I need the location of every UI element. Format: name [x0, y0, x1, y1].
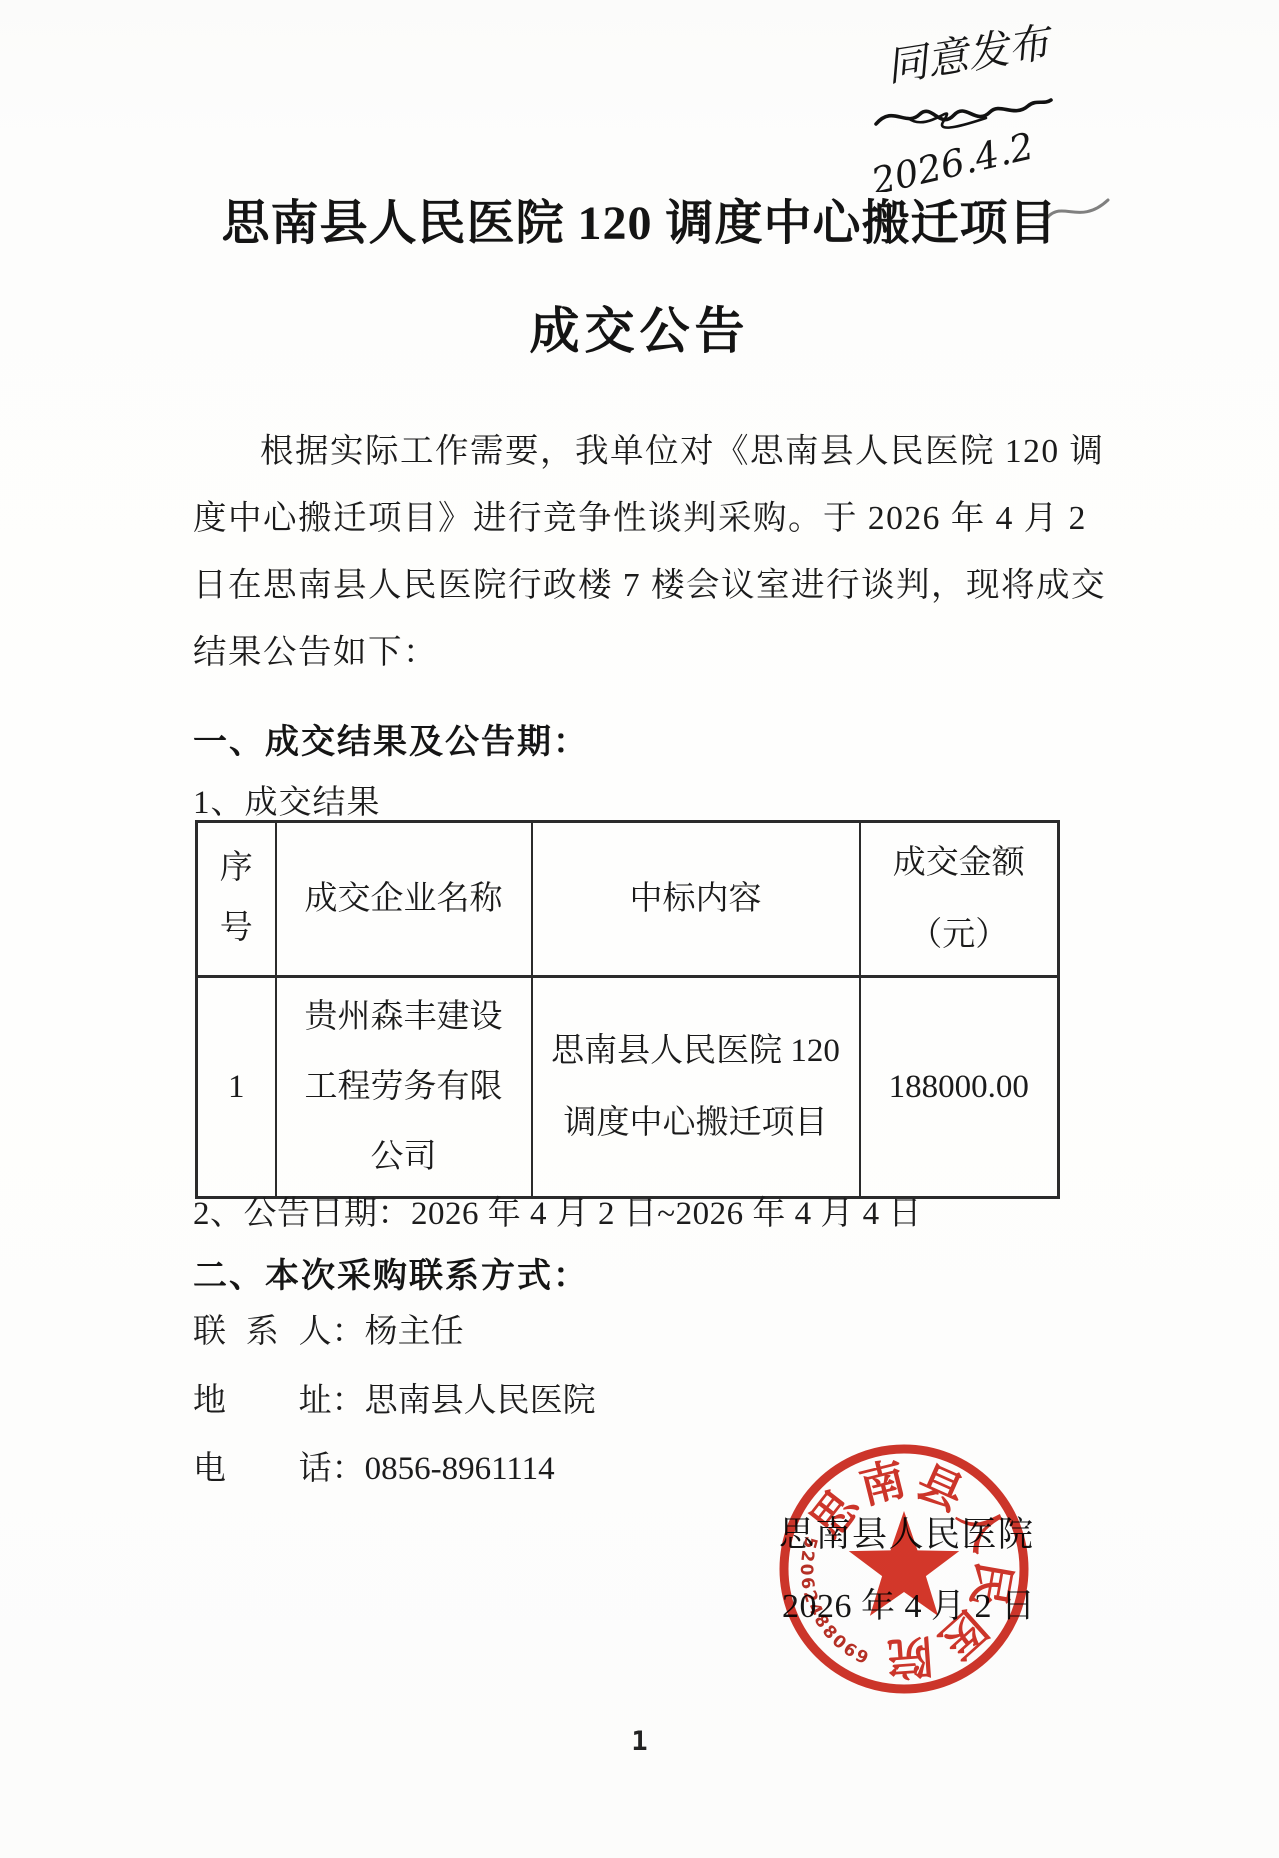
table-row: 1 贵州森丰建设工程劳务有限公司 思南县人民医院 120 调度中心搬迁项目 18… [197, 977, 1059, 1198]
colon: ： [332, 1383, 365, 1419]
contact-phone-value: 0856-8961114 [365, 1451, 555, 1487]
contact-phone-row: 电 话：0856-8961114 [193, 1442, 555, 1489]
paragraph-line: 结果公告如下： [193, 619, 1093, 686]
header-amount: 成交金额（元） [860, 822, 1059, 977]
paragraph-line: 日在思南县人民医院行政楼 7 楼会议室进行谈判，现将成交 [193, 552, 1093, 619]
contact-person-value: 杨主任 [365, 1314, 464, 1350]
scanned-document-page: 同意发布 2026.4.2 思南县人民医院 120 调度中心搬迁项目 成交公告 … [0, 0, 1279, 1858]
cell-amount: 188000.00 [860, 977, 1059, 1198]
colon: ： [332, 1451, 365, 1487]
paragraph-line: 度中心搬迁项目》进行竞争性谈判采购。于 2026 年 4 月 2 [193, 485, 1093, 552]
paragraph-line: 根据实际工作需要，我单位对《思南县人民医院 120 调 [193, 418, 1093, 485]
contact-address-row: 地 址：思南县人民医院 [193, 1374, 596, 1421]
seal-star-icon [849, 1511, 959, 1616]
header-seq: 序号 [197, 822, 276, 977]
cell-content: 思南县人民医院 120 调度中心搬迁项目 [532, 977, 860, 1198]
header-content: 中标内容 [532, 822, 860, 977]
svg-text:南: 南 [855, 1454, 911, 1513]
intro-paragraph: 根据实际工作需要，我单位对《思南县人民医院 120 调 度中心搬迁项目》进行竞争… [193, 418, 1093, 686]
contact-phone-label: 电 话 [193, 1442, 332, 1489]
document-subtitle: 成交公告 [0, 291, 1279, 363]
document-title: 思南县人民医院 120 调度中心搬迁项目 [0, 184, 1279, 253]
section2-heading: 二、本次采购联系方式： [193, 1248, 589, 1297]
section1-heading: 一、成交结果及公告期： [193, 714, 589, 763]
award-result-table: 序号 成交企业名称 中标内容 成交金额（元） 1 贵州森丰建设工程劳务有限公司 … [195, 820, 1060, 1199]
official-seal: 思 南 县 人 民 医 院 5206248806906 [772, 1434, 1036, 1708]
contact-person-label: 联 系 人 [193, 1305, 332, 1352]
svg-text:院: 院 [886, 1630, 934, 1683]
approval-date-text: 2026.4.2 [866, 124, 1037, 192]
cell-company: 贵州森丰建设工程劳务有限公司 [276, 977, 532, 1198]
handwritten-approval-note: 同意发布 2026.4.2 [848, 6, 1096, 192]
approval-text: 同意发布 [883, 17, 1057, 91]
contact-address-value: 思南县人民医院 [365, 1383, 596, 1419]
announcement-date-line: 2、公告日期：2026 年 4 月 2 日~2026 年 4 月 4 日 [193, 1187, 922, 1234]
result-sub-label: 1、成交结果 [193, 776, 381, 823]
svg-text:民: 民 [962, 1558, 1019, 1611]
table-header-row: 序号 成交企业名称 中标内容 成交金额（元） [197, 822, 1059, 977]
contact-address-label: 地 址 [193, 1374, 332, 1421]
signature-scribble [876, 100, 1051, 124]
contact-person-row: 联 系 人：杨主任 [193, 1305, 464, 1352]
page-number: 1 [0, 1726, 1279, 1757]
colon: ： [332, 1314, 365, 1350]
cell-seq: 1 [197, 977, 276, 1198]
header-company: 成交企业名称 [276, 822, 532, 977]
